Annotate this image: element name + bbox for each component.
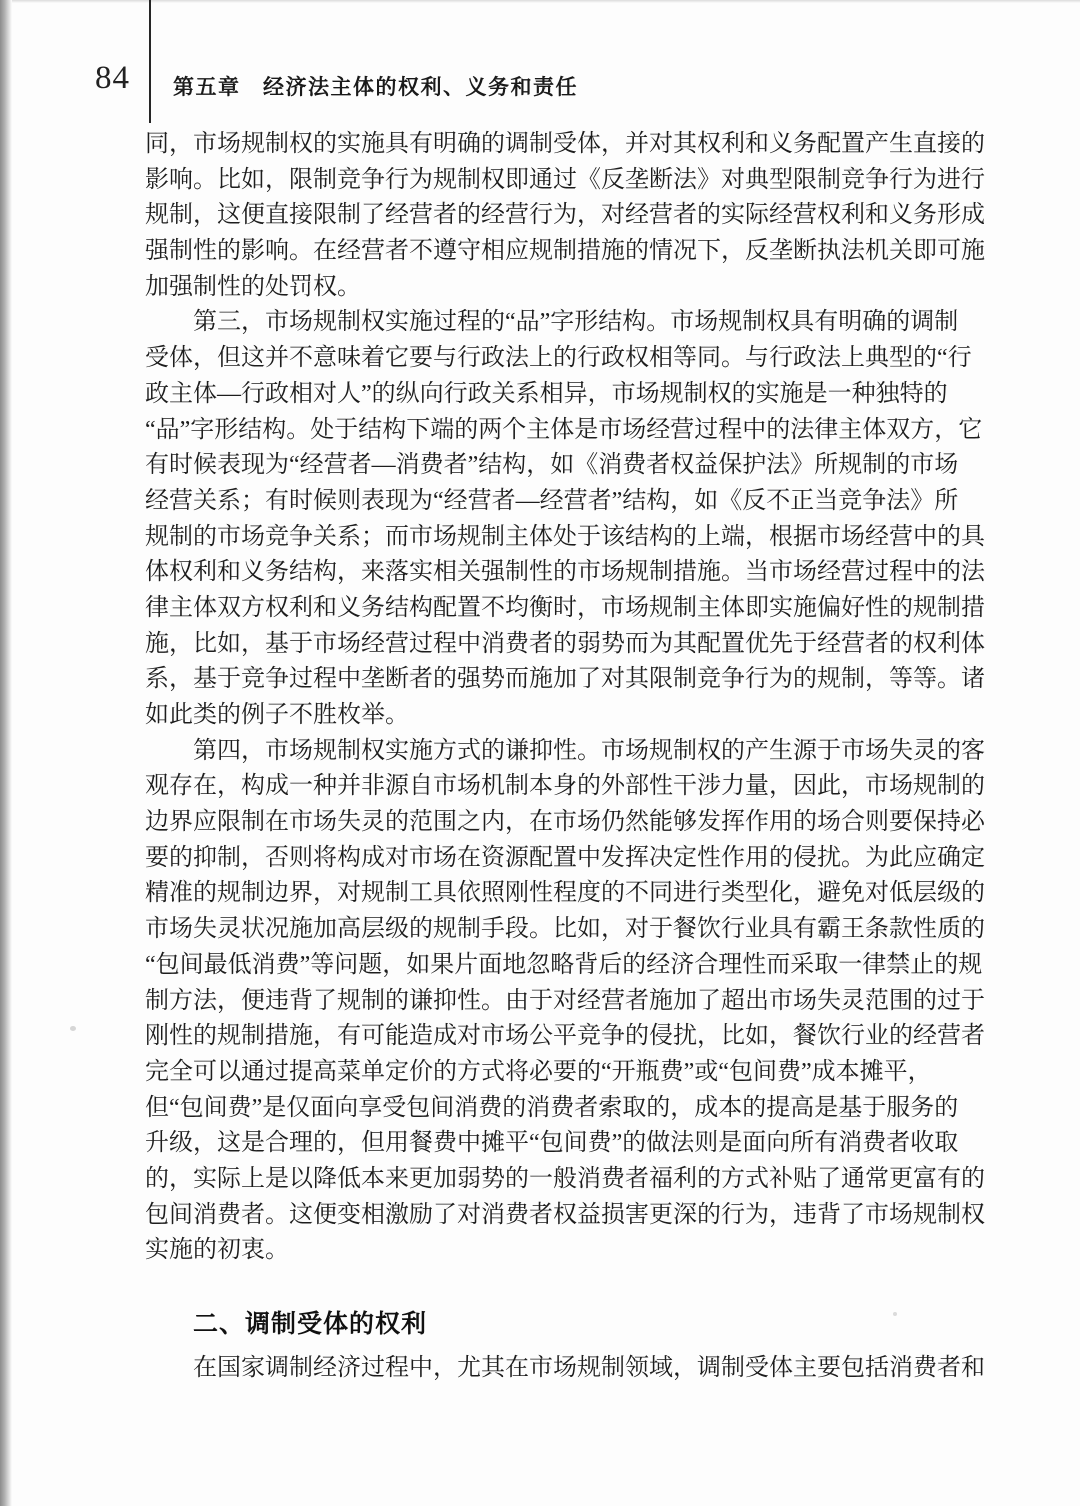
scan-speck [70, 1026, 76, 1031]
chapter-running-head: 第五章 经济法主体的权利、义务和责任 [173, 71, 578, 101]
scan-top-edge-shadow [12, 0, 1080, 3]
body-line: 加强制性的处罚权。 [145, 270, 983, 306]
page-number: 84 [95, 60, 130, 97]
body-line: 完全可以通过提高菜单定价的方式将必要的“开瓶费”或“包间费”成本摊平， [145, 1055, 983, 1091]
scan-speck [893, 1312, 897, 1316]
body-line: 实施的初衷。 [145, 1233, 983, 1269]
body-line: 受体，但这并不意味着它要与行政法上的行政权相等同。与行政法上典型的“行 [145, 341, 983, 377]
body-text: 同，市场规制权的实施具有明确的调制受体，并对其权利和义务配置产生直接的 影响。比… [145, 127, 983, 1387]
body-line: 规制的市场竞争关系；而市场规制主体处于该结构的上端，根据市场经营中的具 [145, 520, 983, 556]
scanned-book-page: 84 第五章 经济法主体的权利、义务和责任 同，市场规制权的实施具有明确的调制受… [0, 0, 1080, 1506]
body-line: 强制性的影响。在经营者不遵守相应规制措施的情况下，反垄断执法机关即可施 [145, 234, 983, 270]
body-line: 有时候表现为“经营者—消费者”结构，如《消费者权益保护法》所规制的市场 [145, 448, 983, 484]
body-line: 律主体双方权利和义务结构配置不均衡时，市场规制主体即实施偏好性的规制措 [145, 591, 983, 627]
body-line: 第四，市场规制权实施方式的谦抑性。市场规制权的产生源于市场失灵的客 [145, 734, 983, 770]
body-line: “包间最低消费”等问题，如果片面地忽略背后的经济合理性而采取一律禁止的规 [145, 948, 983, 984]
scan-speck [393, 208, 398, 212]
body-line: 在国家调制经济过程中，尤其在市场规制领域，调制受体主要包括消费者和 [145, 1351, 983, 1387]
body-line: 要的抑制，否则将构成对市场在资源配置中发挥决定性作用的侵扰。为此应确定 [145, 841, 983, 877]
body-line: 刚性的规制措施，有可能造成对市场公平竞争的侵扰，比如，餐饮行业的经营者 [145, 1019, 983, 1055]
body-line: 经营关系；有时候则表现为“经营者—经营者”结构，如《反不正当竞争法》所 [145, 484, 983, 520]
body-line: 规制，这便直接限制了经营者的经营行为，对经营者的实际经营权利和义务形成 [145, 198, 983, 234]
body-line: 系，基于竞争过程中垄断者的强势而施加了对其限制竞争行为的规制，等等。诸 [145, 662, 983, 698]
body-line: 观存在，构成一种并非源自市场机制本身的外部性干涉力量，因此，市场规制的 [145, 769, 983, 805]
body-line: 第三，市场规制权实施过程的“品”字形结构。市场规制权具有明确的调制 [145, 305, 983, 341]
body-line: 施，比如，基于市场经营过程中消费者的弱势而为其配置优先于经营者的权利体 [145, 627, 983, 663]
body-line: 市场失灵状况施加高层级的规制手段。比如，对于餐饮行业具有霸王条款性质的 [145, 912, 983, 948]
body-line: 的，实际上是以降低本来更加弱势的一般消费者福利的方式补贴了通常更富有的 [145, 1162, 983, 1198]
section-heading: 二、调制受体的权利 [145, 1307, 983, 1341]
body-line: 包间消费者。这便变相激励了对消费者权益损害更深的行为，违背了市场规制权 [145, 1198, 983, 1234]
body-line: 如此类的例子不胜枚举。 [145, 698, 983, 734]
body-line: 制方法，便违背了规制的谦抑性。由于对经营者施加了超出市场失灵范围的过于 [145, 984, 983, 1020]
body-line: 边界应限制在市场失灵的范围之内，在市场仍然能够发挥作用的场合则要保持必 [145, 805, 983, 841]
running-head-divider [149, 0, 151, 123]
body-line: 精准的规制边界，对规制工具依照刚性程度的不同进行类型化，避免对低层级的 [145, 876, 983, 912]
body-line: 同，市场规制权的实施具有明确的调制受体，并对其权利和义务配置产生直接的 [145, 127, 983, 163]
body-line: 但“包间费”是仅面向享受包间消费的消费者索取的，成本的提高是基于服务的 [145, 1091, 983, 1127]
body-line: 升级，这是合理的，但用餐费中摊平“包间费”的做法则是面向所有消费者收取 [145, 1126, 983, 1162]
scan-speck [547, 1366, 551, 1369]
body-line: 影响。比如，限制竞争行为规制权即通过《反垄断法》对典型限制竞争行为进行 [145, 163, 983, 199]
body-line: 体权利和义务结构，来落实相关强制性的市场规制措施。当市场经营过程中的法 [145, 555, 983, 591]
body-line: “品”字形结构。处于结构下端的两个主体是市场经营过程中的法律主体双方，它 [145, 413, 983, 449]
scan-left-edge-shadow [0, 0, 12, 1506]
body-line: 政主体—行政相对人”的纵向行政关系相异，市场规制权的实施是一种独特的 [145, 377, 983, 413]
